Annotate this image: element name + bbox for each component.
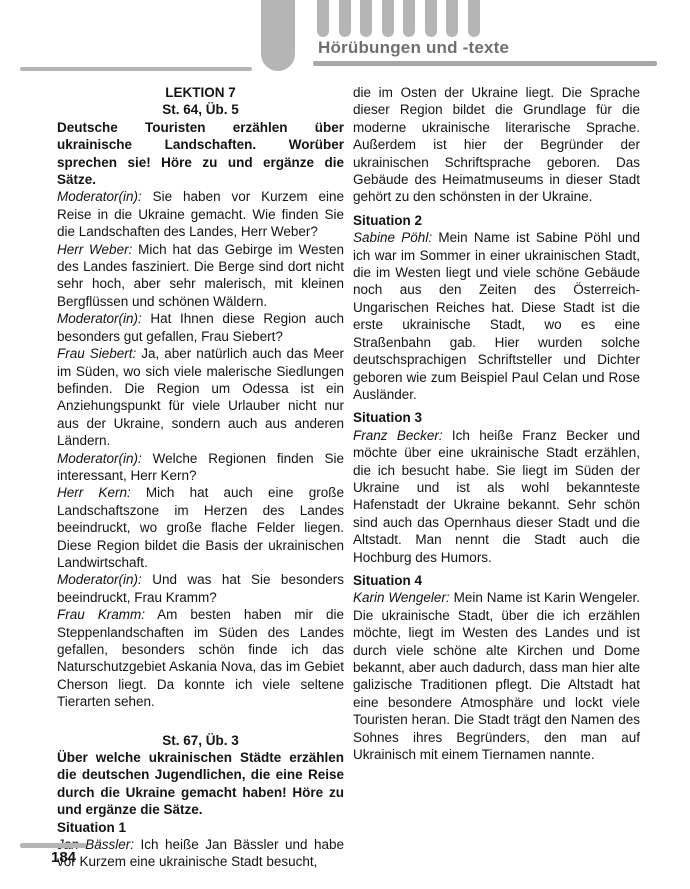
situation-heading: Situation 2 — [353, 212, 640, 229]
dialogue-paragraph: Moderator(in): Hat Ihnen diese Region au… — [57, 310, 344, 345]
dialogue-paragraph: Moderator(in): Und was hat Sie besonders… — [57, 571, 344, 606]
decorative-comb-icon — [317, 0, 480, 37]
header-left-rule — [20, 67, 252, 71]
page-header-title: Hörübungen und -texte — [318, 38, 509, 58]
dialogue-paragraph: Herr Weber: Mich hat das Gebirge im West… — [57, 241, 344, 311]
speaker-name: Herr Kern: — [57, 485, 131, 500]
footer-bar — [20, 843, 86, 848]
right-column: die im Osten der Ukraine liegt. Die Spra… — [353, 84, 640, 871]
comb-tooth-icon — [339, 0, 351, 37]
task-instruction: Deutsche Touristen erzählen über ukraini… — [57, 119, 344, 189]
speaker-name: Herr Weber: — [57, 242, 132, 257]
dialogue-paragraph: Jan Bässler: Ich heiße Jan Bässler und h… — [57, 836, 344, 871]
speech-text: Mein Name ist Karin Wengeler. Die ukrain… — [353, 590, 640, 762]
speaker-name: Karin Wengeler: — [353, 590, 450, 605]
dialogue-paragraph: Moderator(in): Welche Regionen finden Si… — [57, 450, 344, 485]
task-instruction: Über welche ukrainischen Städte erzählen… — [57, 749, 344, 819]
situation-heading: Situation 4 — [353, 572, 640, 589]
speech-text: Mein Name ist Sabine Pöhl und ich war im… — [353, 230, 640, 402]
dialogue-paragraph: Karin Wengeler: Mein Name ist Karin Weng… — [353, 589, 640, 763]
page-number: 184 — [51, 849, 76, 866]
dialogue-paragraph: Franz Becker: Ich heiße Franz Becker und… — [353, 427, 640, 566]
speaker-name: Moderator(in): — [57, 572, 142, 587]
speaker-name: Sabine Pöhl: — [353, 230, 432, 245]
two-column-body: LEKTION 7 St. 64, Üb. 5 Deutsche Tourist… — [57, 84, 640, 871]
speaker-name: Frau Siebert: — [57, 346, 136, 361]
speech-text: Ja, aber natürlich auch das Meer im Süde… — [57, 346, 344, 448]
situation-heading: Situation 3 — [353, 409, 640, 426]
exercise-reference: St. 67, Üb. 3 — [57, 732, 344, 749]
dialogue-paragraph: Sabine Pöhl: Mein Name ist Sabine Pöhl u… — [353, 229, 640, 403]
comb-tooth-icon — [468, 0, 480, 37]
comb-tooth-icon — [425, 0, 437, 37]
speaker-name: Moderator(in): — [57, 311, 142, 326]
comb-tooth-icon — [382, 0, 394, 37]
exercise-reference: St. 64, Üb. 5 — [57, 101, 344, 118]
speech-text: Ich heiße Franz Becker und möchte über e… — [353, 428, 640, 565]
dialogue-paragraph: Frau Kramm: Am besten haben mir die Step… — [57, 606, 344, 710]
dialogue-paragraph: Frau Siebert: Ja, aber natürlich auch da… — [57, 345, 344, 449]
left-column: LEKTION 7 St. 64, Üb. 5 Deutsche Tourist… — [57, 84, 344, 871]
header-title-rule — [313, 61, 657, 66]
comb-tooth-icon — [317, 0, 329, 37]
speaker-name: Moderator(in): — [57, 189, 142, 204]
textbook-page: Hörübungen und -texte LEKTION 7 St. 64, … — [0, 0, 690, 889]
speaker-name: Moderator(in): — [57, 451, 142, 466]
continuation-paragraph: die im Osten der Ukraine liegt. Die Spra… — [353, 84, 640, 206]
comb-tooth-icon — [446, 0, 458, 37]
speaker-name: Frau Kramm: — [57, 607, 145, 622]
speech-text: Am besten haben mir die Steppenlandschaf… — [57, 607, 344, 709]
dialogue-paragraph: Moderator(in): Sie haben vor Kurzem eine… — [57, 188, 344, 240]
decorative-tab-icon — [261, 0, 295, 71]
dialogue-paragraph: Herr Kern: Mich hat auch eine große Land… — [57, 484, 344, 571]
lektion-heading: LEKTION 7 — [57, 84, 344, 101]
situation-heading: Situation 1 — [57, 819, 344, 836]
comb-tooth-icon — [360, 0, 372, 37]
comb-tooth-icon — [403, 0, 415, 37]
speaker-name: Franz Becker: — [353, 428, 443, 443]
